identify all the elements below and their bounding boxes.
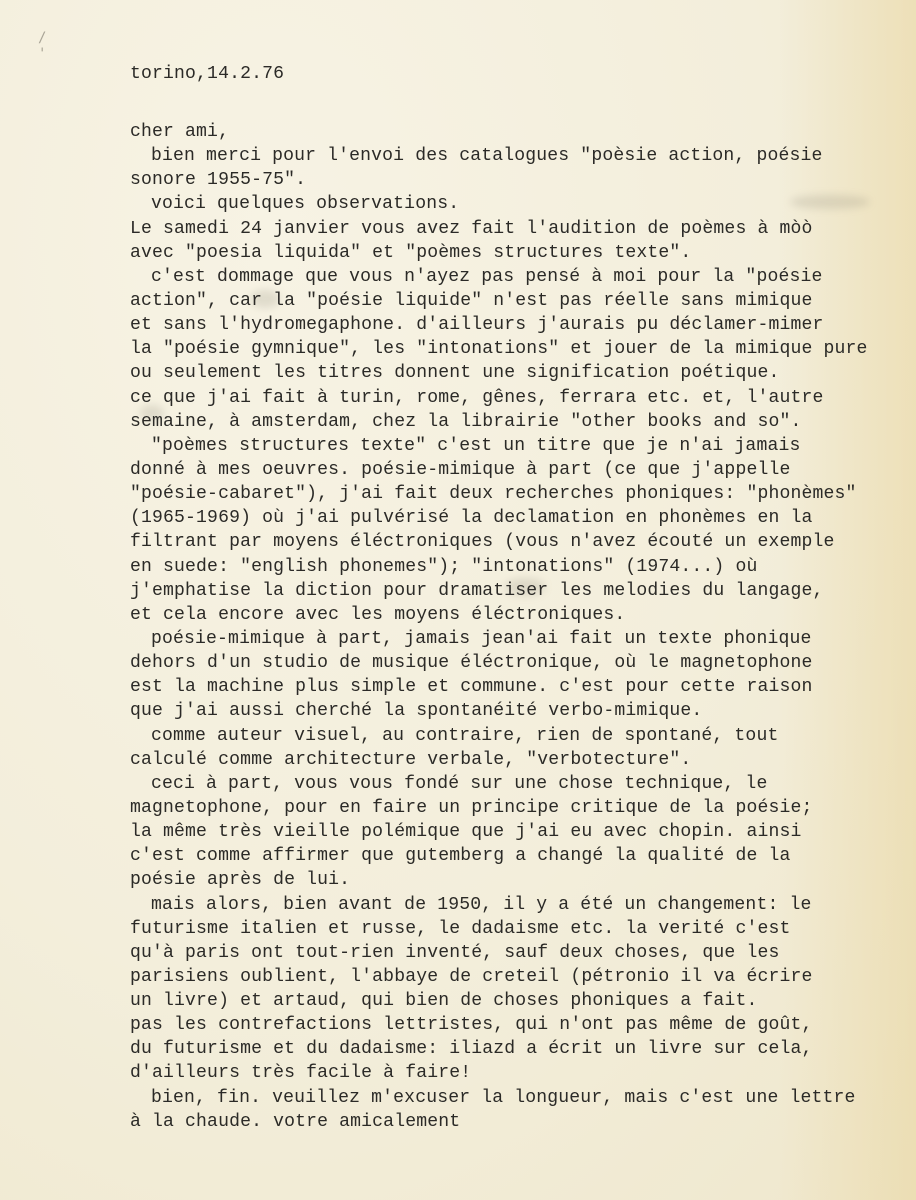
letter-line: c'est dommage que vous n'ayez pas pensé … xyxy=(130,265,900,289)
letter-line: semaine, à amsterdam, chez la librairie … xyxy=(130,410,900,434)
letter-line: et cela encore avec les moyens éléctroni… xyxy=(130,603,900,627)
letter-line: calculé comme architecture verbale, "ver… xyxy=(130,748,900,772)
typewritten-letter: torino,14.2.76 cher ami, bien merci pour… xyxy=(130,62,900,1134)
letter-line: poésie après de lui. xyxy=(130,868,900,892)
letter-line: et sans l'hydromegaphone. d'ailleurs j'a… xyxy=(130,313,900,337)
place-date: torino,14.2.76 xyxy=(130,62,900,86)
letter-line: j'emphatise la diction pour dramatiser l… xyxy=(130,579,900,603)
letter-page: / ' torino,14.2.76 cher ami, bien merci … xyxy=(0,0,916,1200)
letter-line: pas les contrefactions lettristes, qui n… xyxy=(130,1013,900,1037)
letter-line: action", car la "poésie liquide" n'est p… xyxy=(130,289,900,313)
salutation: cher ami, xyxy=(130,120,900,144)
letter-line: comme auteur visuel, au contraire, rien … xyxy=(130,724,900,748)
letter-line: magnetophone, pour en faire un principe … xyxy=(130,796,900,820)
letter-line: sonore 1955-75". xyxy=(130,168,900,192)
letter-line: est la machine plus simple et commune. c… xyxy=(130,675,900,699)
letter-line: un livre) et artaud, qui bien de choses … xyxy=(130,989,900,1013)
letter-line: d'ailleurs très facile à faire! xyxy=(130,1061,900,1085)
letter-line: du futurisme et du dadaisme: iliazd a éc… xyxy=(130,1037,900,1061)
letter-line: à la chaude. votre amicalement xyxy=(130,1110,900,1134)
letter-line: "poésie-cabaret"), j'ai fait deux recher… xyxy=(130,482,900,506)
letter-line: que j'ai aussi cherché la spontanéité ve… xyxy=(130,699,900,723)
letter-line: la même très vieille polémique que j'ai … xyxy=(130,820,900,844)
letter-line: "poèmes structures texte" c'est un titre… xyxy=(130,434,900,458)
letter-body: bien merci pour l'envoi des catalogues "… xyxy=(130,144,900,1134)
letter-line: ce que j'ai fait à turin, rome, gênes, f… xyxy=(130,386,900,410)
letter-line: la "poésie gymnique", les "intonations" … xyxy=(130,337,900,361)
letter-line: ceci à part, vous vous fondé sur une cho… xyxy=(130,772,900,796)
letter-line: c'est comme affirmer que gutemberg a cha… xyxy=(130,844,900,868)
letter-line: filtrant par moyens éléctroniques (vous … xyxy=(130,530,900,554)
letter-line: bien merci pour l'envoi des catalogues "… xyxy=(130,144,900,168)
letter-line: futurisme italien et russe, le dadaisme … xyxy=(130,917,900,941)
letter-line: avec "poesia liquida" et "poèmes structu… xyxy=(130,241,900,265)
letter-line: (1965-1969) où j'ai pulvérisé la declama… xyxy=(130,506,900,530)
margin-pencil-mark: / ' xyxy=(38,30,48,64)
letter-line: Le samedi 24 janvier vous avez fait l'au… xyxy=(130,217,900,241)
letter-line: bien, fin. veuillez m'excuser la longueu… xyxy=(130,1086,900,1110)
letter-line: parisiens oublient, l'abbaye de creteil … xyxy=(130,965,900,989)
letter-line: ou seulement les titres donnent une sign… xyxy=(130,361,900,385)
letter-line: poésie-mimique à part, jamais jean'ai fa… xyxy=(130,627,900,651)
letter-line: qu'à paris ont tout-rien inventé, sauf d… xyxy=(130,941,900,965)
letter-line: voici quelques observations. xyxy=(130,192,900,216)
letter-line: en suede: "english phonemes"); "intonati… xyxy=(130,555,900,579)
letter-line: mais alors, bien avant de 1950, il y a é… xyxy=(130,893,900,917)
letter-line: dehors d'un studio de musique éléctroniq… xyxy=(130,651,900,675)
letter-line: donné à mes oeuvres. poésie-mimique à pa… xyxy=(130,458,900,482)
